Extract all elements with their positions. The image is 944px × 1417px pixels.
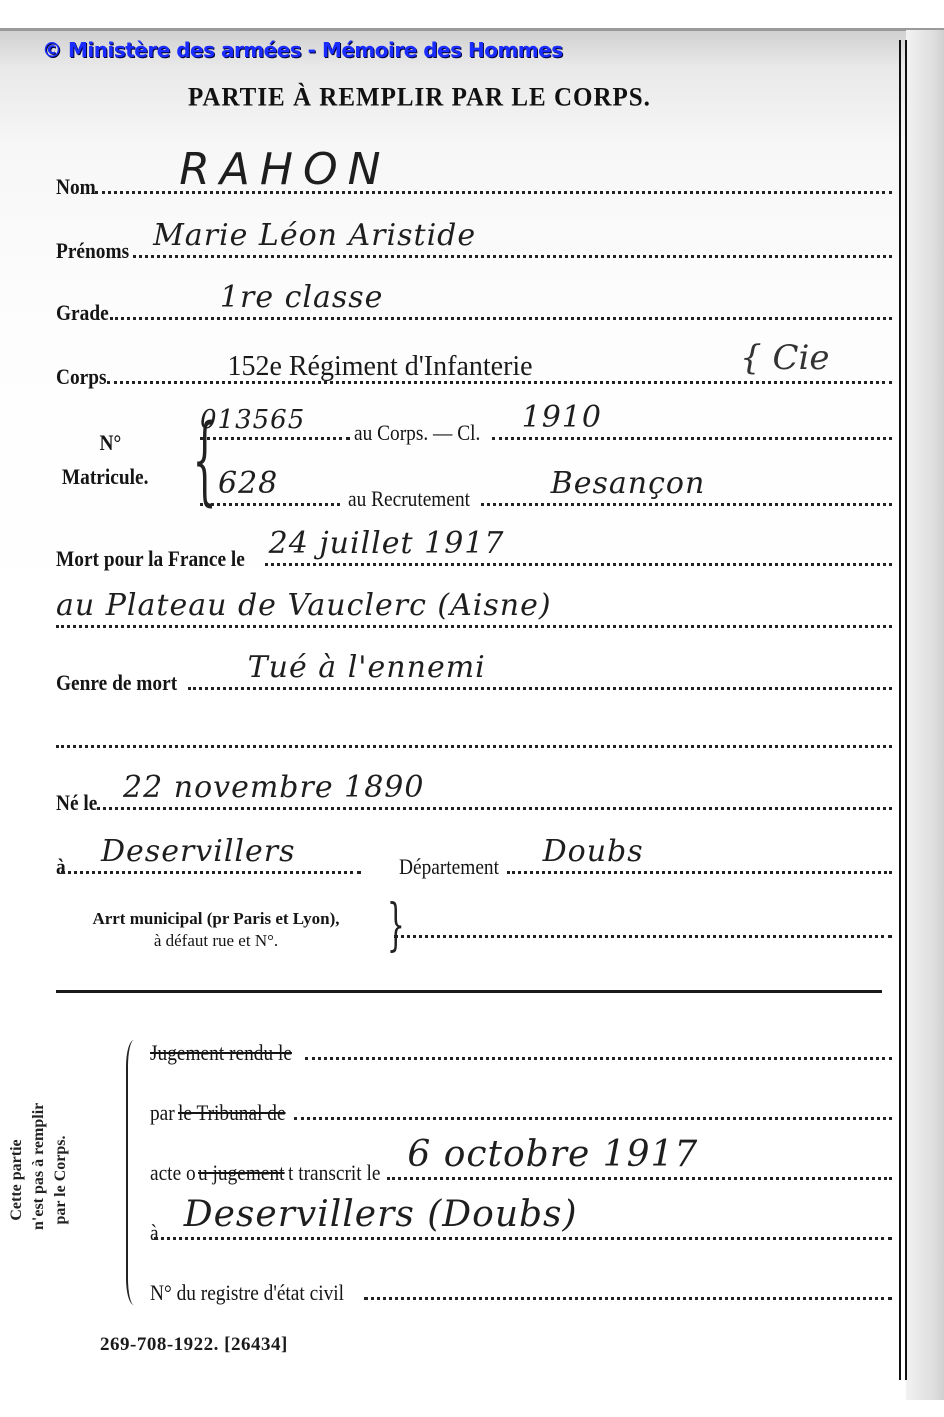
label-mort-date: Mort pour la France le — [56, 546, 245, 572]
dotted-line: 1re classe — [110, 317, 892, 320]
dotted-line — [305, 1057, 892, 1060]
value-mort-lieu: au Plateau de Vauclerc (Aisne) — [56, 588, 552, 623]
value-matricule-recrutement: 628 — [218, 466, 278, 501]
field-genre-mort: Genre de mort Tué à l'ennemi — [56, 662, 892, 696]
label-au-corps: au Corps. — Cl. — [354, 420, 480, 446]
dotted-line: 24 juillet 1917 — [265, 563, 892, 566]
dotted-line — [294, 1117, 892, 1120]
field-registre: N° du registre d'état civil — [150, 1272, 892, 1306]
value-grade: 1re classe — [220, 280, 384, 315]
field-transcrit-lieu: à Deservillers (Doubs) — [150, 1212, 892, 1246]
label-transcrit: t transcrit le — [288, 1160, 380, 1186]
value-ne-le: 22 novembre 1890 — [123, 770, 424, 805]
right-margin-strip — [906, 30, 944, 1400]
sheet-edge — [0, 28, 944, 31]
dotted-line: Deservillers — [61, 871, 361, 874]
label-transcrit-lieu: à — [150, 1220, 159, 1246]
dotted-line: Doubs — [507, 871, 892, 874]
field-tribunal: par le Tribunal de — [150, 1092, 892, 1126]
field-mort-lieu: au Plateau de Vauclerc (Aisne) — [56, 600, 892, 634]
field-ne-le: Né le 22 novembre 1890 — [56, 782, 892, 816]
label-registre: N° du registre d'état civil — [150, 1280, 344, 1306]
label-arrondissement-line2: à défaut rue et N°. — [56, 930, 376, 952]
value-ne-a: Deservillers — [101, 834, 296, 869]
field-nom: Nom RAHON — [56, 166, 892, 200]
label-departement: Département — [399, 854, 499, 880]
value-mort-date: 24 juillet 1917 — [269, 526, 505, 561]
label-corps: Corps — [56, 364, 107, 390]
field-matricule-corps: 013565 au Corps. — Cl. 1910 — [200, 412, 892, 446]
value-genre-mort: Tué à l'ennemi — [248, 650, 486, 685]
value-nom: RAHON — [179, 144, 390, 195]
label-arrondissement-line1: Arrt municipal (pr Paris et Lyon), — [56, 908, 376, 930]
dotted-line: 6 octobre 1917 — [387, 1177, 892, 1180]
dotted-line: Besançon — [481, 503, 892, 506]
dotted-line: Marie Léon Aristide — [133, 255, 892, 258]
label-no: N° — [99, 430, 121, 456]
label-prenoms: Prénoms — [56, 238, 129, 264]
label-tribunal: le Tribunal de — [178, 1100, 286, 1126]
field-arrondissement — [394, 910, 892, 944]
field-jugement-rendu: Jugement rendu le — [150, 1032, 892, 1066]
dotted-line: 152e Régiment d'Infanterie — [107, 381, 892, 384]
section-brace — [126, 1040, 142, 1305]
label-arrondissement: Arrt municipal (pr Paris et Lyon), à déf… — [56, 908, 376, 952]
dotted-line — [394, 935, 892, 938]
form-title: PARTIE À REMPLIR PAR LE CORPS. — [188, 83, 651, 112]
label-grade: Grade — [56, 300, 109, 326]
section-note-line1: Cette partie — [6, 1130, 28, 1230]
section-note-line2: n'est pas à remplir — [28, 1130, 50, 1230]
corps-annotation: { Cie — [740, 338, 829, 378]
copyright-watermark: © Ministère des armées - Mémoire des Hom… — [42, 38, 563, 62]
dotted-line — [364, 1297, 892, 1300]
section-divider — [56, 990, 882, 993]
section-note: Cette partie n'est pas à remplir par le … — [6, 1130, 166, 1230]
label-matricule: Matricule. — [62, 464, 149, 490]
value-recrutement: Besançon — [551, 466, 706, 501]
form-print-code: 269-708-1922. [26434] — [100, 1334, 288, 1356]
field-mort-date: Mort pour la France le 24 juillet 1917 — [56, 538, 892, 572]
margin-rule-right — [905, 40, 907, 1380]
value-matricule-corps: 013565 — [200, 405, 305, 435]
label-acte: acte o — [150, 1160, 196, 1186]
label-nom: Nom — [56, 174, 96, 200]
value-corps: 152e Régiment d'Infanterie — [227, 351, 532, 383]
label-au-recrutement: au Recrutement — [348, 486, 470, 512]
field-prenoms: Prénoms Marie Léon Aristide — [56, 230, 892, 264]
field-grade: Grade 1re classe — [56, 292, 892, 326]
dotted-line: RAHON — [95, 191, 892, 194]
value-departement: Doubs — [543, 834, 644, 869]
field-blank-line — [56, 720, 892, 754]
value-transcrit: 6 octobre 1917 — [407, 1134, 698, 1175]
value-transcrit-lieu: Deservillers (Doubs) — [184, 1194, 578, 1235]
field-ne-a: à Deservillers Département Doubs — [56, 846, 892, 880]
field-matricule-recrutement: 628 au Recrutement Besançon — [200, 478, 892, 512]
label-tribunal-par: par — [150, 1100, 175, 1126]
dotted-line: Tué à l'ennemi — [188, 687, 892, 690]
dotted-line — [56, 745, 892, 748]
margin-rule-left — [899, 40, 901, 1380]
dotted-line: 628 — [200, 503, 340, 506]
label-ne-le: Né le — [56, 790, 97, 816]
dotted-line: Deservillers (Doubs) — [154, 1237, 892, 1240]
field-transcrit: acte o u jugement t transcrit le 6 octob… — [150, 1152, 892, 1186]
label-ne-a: à — [56, 854, 66, 880]
value-prenoms: Marie Léon Aristide — [153, 218, 476, 253]
dotted-line: 22 novembre 1890 — [97, 807, 892, 810]
label-struck-jugement: u jugement — [198, 1160, 285, 1186]
value-classe: 1910 — [522, 400, 602, 435]
dotted-line: 1910 — [492, 437, 892, 440]
dotted-line: 013565 — [200, 437, 350, 440]
label-jugement-rendu: Jugement rendu le — [150, 1040, 292, 1066]
label-genre-mort: Genre de mort — [56, 670, 177, 696]
section-note-line3: par le Corps. — [50, 1130, 72, 1230]
dotted-line: au Plateau de Vauclerc (Aisne) — [56, 625, 892, 628]
